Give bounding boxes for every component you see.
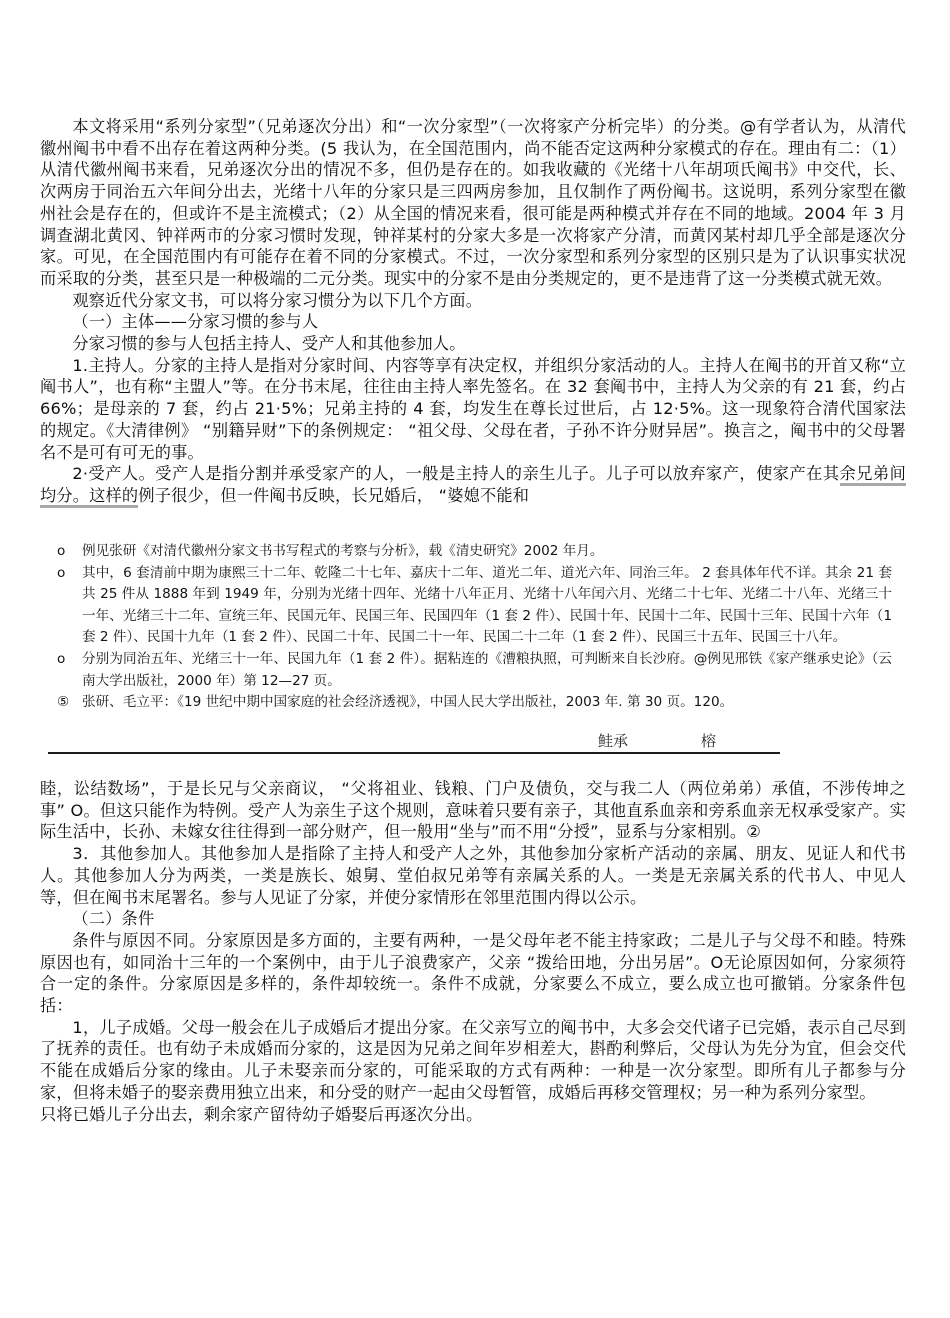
paragraph-serial-division-continued: 只将已婚儿子分出去，剩余家产留待幼子婚娶后再逐次分出。	[40, 1104, 906, 1126]
paragraph-recipient-post: 例子很少，但一件阄书反映，长兄婚后， “婆媳不能和	[138, 486, 529, 505]
footnote-text: 例见张研《对清代徽州分家文书书写程式的考察与分析》，载《清史研究》2002 年月…	[82, 541, 892, 563]
footnote-circled-number-icon: ⑤	[57, 692, 82, 714]
paragraph-observe-intro: 观察近代分家文书，可以将分家习惯分为以下几个方面。	[40, 290, 906, 312]
scan-artifact-text-left: 鲑承	[598, 730, 628, 751]
footnote-bullet-icon: o	[57, 541, 82, 563]
footnote-item: o 分别为同治五年、光绪三十一年、民国九年（1 套 2 件）。据粘连的《漕粮执照…	[57, 649, 892, 692]
footnote-item: o 例见张研《对清代徽州分家文书书写程式的考察与分析》，载《清史研究》2002 …	[57, 541, 892, 563]
body-text-upper: 本文将采用“系列分家型”（兄弟逐次分出）和“一次分家型”（一次将家产分析完毕）的…	[40, 116, 906, 507]
paragraph-conditions-vs-reasons: 条件与原因不同。分家原因是多方面的，主要有两种，一是父母年老不能主持家政；二是儿…	[40, 930, 906, 1017]
paragraph-participants-intro: 分家习惯的参与人包括主持人、受产人和其他参加人。	[40, 333, 906, 355]
footnote-bullet-icon: o	[57, 649, 82, 692]
heading-section-1-subject: （一）主体——分家习惯的参与人	[40, 311, 906, 333]
footnote-text: 分别为同治五年、光绪三十一年、民国九年（1 套 2 件）。据粘连的《漕粮执照，可…	[82, 649, 892, 692]
paragraph-recipient-pre: 2·受产人。受产人是指分割并承受家产的人，一般是主持人的亲生儿子。儿子可以放弃家…	[72, 464, 839, 483]
footnote-item: o 其中，6 套清前中期为康熙三十二年、乾隆二十七年、嘉庆十二年、道光二年、道光…	[57, 563, 892, 649]
footnotes-block: o 例见张研《对清代徽州分家文书书写程式的考察与分析》，载《清史研究》2002 …	[57, 541, 892, 714]
paragraph-classification: 本文将采用“系列分家型”（兄弟逐次分出）和“一次分家型”（一次将家产分析完毕）的…	[40, 116, 906, 290]
paragraph-host: 1.主持人。分家的主持人是指对分家时间、内容等享有决定权，并组织分家活动的人。主…	[40, 355, 906, 464]
paragraph-recipient-continued: 睦，讼结数场”，于是长兄与父亲商议， “父将祖业、钱粮、门户及债负，交与我二人（…	[40, 778, 906, 843]
scan-artifact-text-right: 榕	[701, 730, 716, 751]
footnote-item: ⑤ 张研、毛立平：《19 世纪中期中国家庭的社会经济透视》，中国人民大学出版社，…	[57, 692, 892, 714]
heading-section-2-conditions: （二）条件	[40, 908, 906, 930]
footnote-text: 其中，6 套清前中期为康熙三十二年、乾隆二十七年、嘉庆十二年、道光二年、道光六年…	[82, 563, 892, 649]
paragraph-recipient: 2·受产人。受产人是指分割并承受家产的人，一般是主持人的亲生儿子。儿子可以放弃家…	[40, 463, 906, 506]
footnote-text: 张研、毛立平：《19 世纪中期中国家庭的社会经济透视》，中国人民大学出版社，20…	[82, 692, 892, 714]
document-page: 本文将采用“系列分家型”（兄弟逐次分出）和“一次分家型”（一次将家产分析完毕）的…	[0, 0, 950, 1318]
footnote-bullet-icon: o	[57, 563, 82, 649]
footnote-separator-line	[48, 752, 780, 754]
body-text-lower: 睦，讼结数场”，于是长兄与父亲商议， “父将祖业、钱粮、门户及债负，交与我二人（…	[40, 778, 906, 1125]
paragraph-other-participants: 3．其他参加人。其他参加人是指除了主持人和受产人之外，其他参加分家析产活动的亲属…	[40, 843, 906, 908]
paragraph-son-marriage-condition: 1，儿子成婚。父母一般会在儿子成婚后才提出分家。在父亲写立的阄书中，大多会交代诸…	[40, 1017, 906, 1104]
